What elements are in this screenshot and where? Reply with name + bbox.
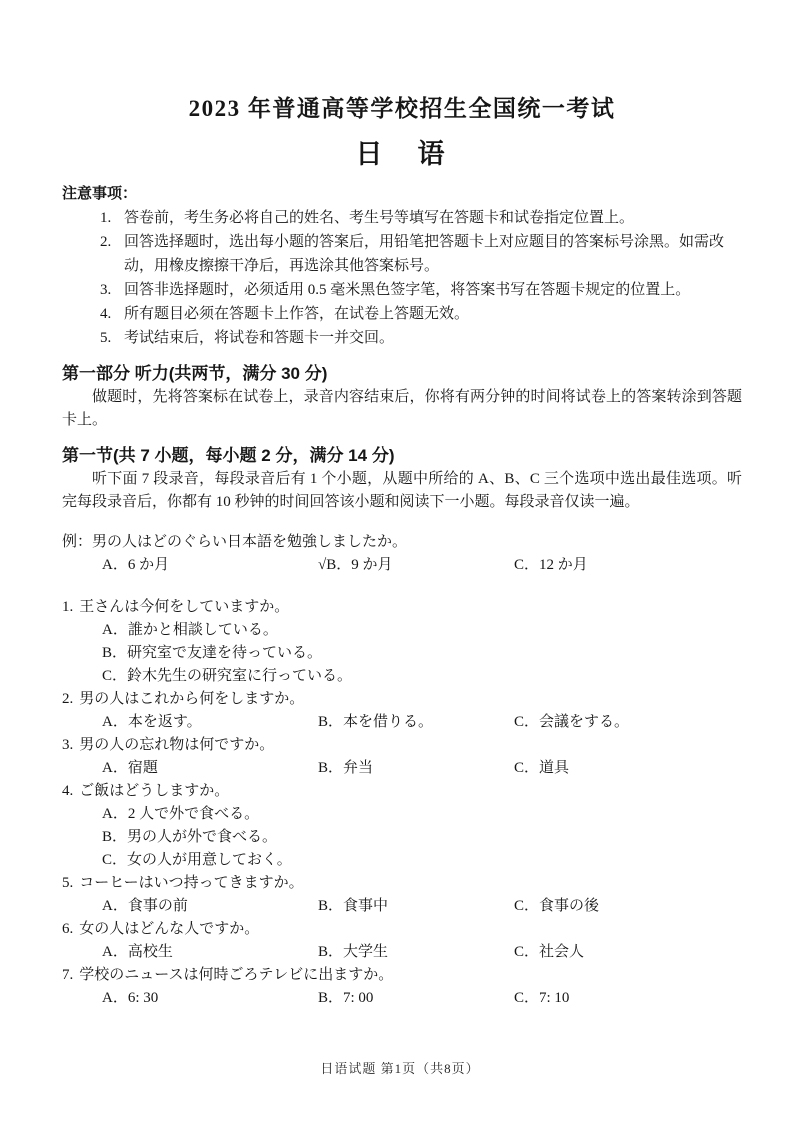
page-footer: 日语试题 第1页（共8页） (0, 1058, 800, 1077)
question-options: A．本を返す。 B．本を借りる。 C．会議をする。 (62, 711, 742, 734)
option-c: C．鈴木先生の研究室に行っている。 (62, 665, 742, 688)
option-c: C．12 か月 (514, 554, 742, 577)
question-text: 6.女の人はどんな人ですか。 (62, 918, 742, 941)
option-a: A．宿題 (102, 757, 318, 780)
option-b: B．本を借りる。 (318, 711, 514, 734)
question-number: 3. (62, 737, 73, 753)
notice-item: 3. 回答非选择题时，必须适用 0.5 毫米黑色签字笔，将答案书写在答题卡规定的… (62, 278, 742, 302)
notice-item: 1. 答卷前，考生务必将自己的姓名、考生号等填写在答题卡和试卷指定位置上。 (62, 206, 742, 230)
question-text: 5.コーヒーはいつ持ってきますか。 (62, 872, 742, 895)
page-title: 2023 年普通高等学校招生全国统一考试 (62, 92, 742, 126)
notice-item-number: 1. (100, 206, 124, 230)
question-4: 4.ご飯はどうしますか。 A．2 人で外で食べる。 B．男の人が外で食べる。 C… (62, 780, 742, 872)
question-3: 3.男の人の忘れ物は何ですか。 A．宿題 B．弁当 C．道具 (62, 734, 742, 780)
question-5: 5.コーヒーはいつ持ってきますか。 A．食事の前 B．食事中 C．食事の後 (62, 872, 742, 918)
question-6: 6.女の人はどんな人ですか。 A．高校生 B．大学生 C．社会人 (62, 918, 742, 964)
option-a: A．2 人で外で食べる。 (62, 803, 742, 826)
question-options: A．2 人で外で食べる。 B．男の人が外で食べる。 C．女の人が用意しておく。 (62, 803, 742, 872)
example-question-text: 例：男の人はどのぐらい日本語を勉強しましたか。 (62, 531, 742, 554)
notice-item-number: 4. (100, 302, 124, 326)
question-1: 1.王さんは今何をしていますか。 A．誰かと相談している。 B．研究室で友達を待… (62, 596, 742, 688)
question-options: A．誰かと相談している。 B．研究室で友達を待っている。 C．鈴木先生の研究室に… (62, 619, 742, 688)
option-a: A．高校生 (102, 941, 318, 964)
question-options: A．高校生 B．大学生 C．社会人 (62, 941, 742, 964)
notice-item-number: 2. (100, 230, 124, 278)
question-text: 7.学校のニュースは何時ごろテレビに出ますか。 (62, 964, 742, 987)
section1-heading: 第一节(共 7 小题，每小题 2 分，满分 14 分) (62, 443, 742, 468)
option-a: A．6: 30 (102, 987, 318, 1010)
option-b: B．大学生 (318, 941, 514, 964)
option-a: A．6 か月 (102, 554, 318, 577)
notice-item: 2. 回答选择题时，选出每小题的答案后，用铅笔把答题卡上对应题目的答案标号涂黑。… (62, 230, 742, 278)
notice-item-text: 考试结束后，将试卷和答题卡一并交回。 (124, 326, 742, 350)
part1-heading: 第一部分 听力(共两节，满分 30 分) (62, 361, 742, 386)
example-question: 例：男の人はどのぐらい日本語を勉強しましたか。 A．6 か月 √B．9 か月 C… (62, 531, 742, 577)
question-number: 4. (62, 783, 73, 799)
option-b: B．弁当 (318, 757, 514, 780)
question-stem: 学校のニュースは何時ごろテレビに出ますか。 (79, 967, 393, 983)
notice-item-text: 回答非选择题时，必须适用 0.5 毫米黑色签字笔，将答案书写在答题卡规定的位置上… (124, 278, 742, 302)
option-c: C．会議をする。 (514, 711, 742, 734)
question-stem: コーヒーはいつ持ってきますか。 (79, 875, 303, 891)
question-stem: 王さんは今何をしていますか。 (79, 599, 289, 615)
option-c: C．道具 (514, 757, 742, 780)
question-7: 7.学校のニュースは何時ごろテレビに出ますか。 A．6: 30 B．7: 00 … (62, 964, 742, 1010)
notice-item: 5. 考试结束后，将试卷和答题卡一并交回。 (62, 326, 742, 350)
option-c: C．女の人が用意しておく。 (62, 849, 742, 872)
question-number: 7. (62, 967, 73, 983)
question-options: A．食事の前 B．食事中 C．食事の後 (62, 895, 742, 918)
notice-section: 注意事项： 1. 答卷前，考生务必将自己的姓名、考生号等填写在答题卡和试卷指定位… (62, 182, 742, 350)
option-c: C．食事の後 (514, 895, 742, 918)
option-c: C．社会人 (514, 941, 742, 964)
option-a: A．食事の前 (102, 895, 318, 918)
option-b: B．研究室で友達を待っている。 (62, 642, 742, 665)
question-options: A．6: 30 B．7: 00 C．7: 10 (62, 987, 742, 1010)
question-number: 2. (62, 691, 73, 707)
notice-item-text: 回答选择题时，选出每小题的答案后，用铅笔把答题卡上对应题目的答案标号涂黑。如需改… (124, 230, 742, 278)
section1-intro: 听下面 7 段录音，每段录音后有 1 个小题，从题中所给的 A、B、C 三个选项… (62, 468, 742, 514)
notice-item-text: 答卷前，考生务必将自己的姓名、考生号等填写在答题卡和试卷指定位置上。 (124, 206, 742, 230)
question-text: 2.男の人はこれから何をしますか。 (62, 688, 742, 711)
question-stem: ご飯はどうしますか。 (79, 783, 229, 799)
example-options: A．6 か月 √B．9 か月 C．12 か月 (62, 554, 742, 577)
question-2: 2.男の人はこれから何をしますか。 A．本を返す。 B．本を借りる。 C．会議を… (62, 688, 742, 734)
question-stem: 男の人はこれから何をしますか。 (79, 691, 304, 707)
notice-heading: 注意事项： (62, 182, 742, 206)
notice-item-number: 5. (100, 326, 124, 350)
option-a: A．本を返す。 (102, 711, 318, 734)
notice-item-text: 所有题目必须在答题卡上作答，在试卷上答题无效。 (124, 302, 742, 326)
part1-intro: 做题时，先将答案标在试卷上，录音内容结束后，你将有两分钟的时间将试卷上的答案转涂… (62, 386, 742, 432)
option-b-checked: √B．9 か月 (318, 554, 514, 577)
question-text: 4.ご飯はどうしますか。 (62, 780, 742, 803)
subject-title: 日 语 (62, 136, 742, 172)
question-stem: 女の人はどんな人ですか。 (79, 921, 259, 937)
question-options: A．宿題 B．弁当 C．道具 (62, 757, 742, 780)
question-text: 1.王さんは今何をしていますか。 (62, 596, 742, 619)
exam-paper-page: 2023 年普通高等学校招生全国统一考试 日 语 注意事项： 1. 答卷前，考生… (0, 0, 800, 1132)
question-number: 1. (62, 599, 73, 615)
option-b: B．食事中 (318, 895, 514, 918)
notice-item: 4. 所有题目必须在答题卡上作答，在试卷上答题无效。 (62, 302, 742, 326)
notice-item-number: 3. (100, 278, 124, 302)
option-b: B．7: 00 (318, 987, 514, 1010)
option-b: B．男の人が外で食べる。 (62, 826, 742, 849)
question-stem: 男の人の忘れ物は何ですか。 (79, 737, 274, 753)
option-c: C．7: 10 (514, 987, 742, 1010)
question-text: 3.男の人の忘れ物は何ですか。 (62, 734, 742, 757)
question-number: 6. (62, 921, 73, 937)
option-a: A．誰かと相談している。 (62, 619, 742, 642)
question-number: 5. (62, 875, 73, 891)
